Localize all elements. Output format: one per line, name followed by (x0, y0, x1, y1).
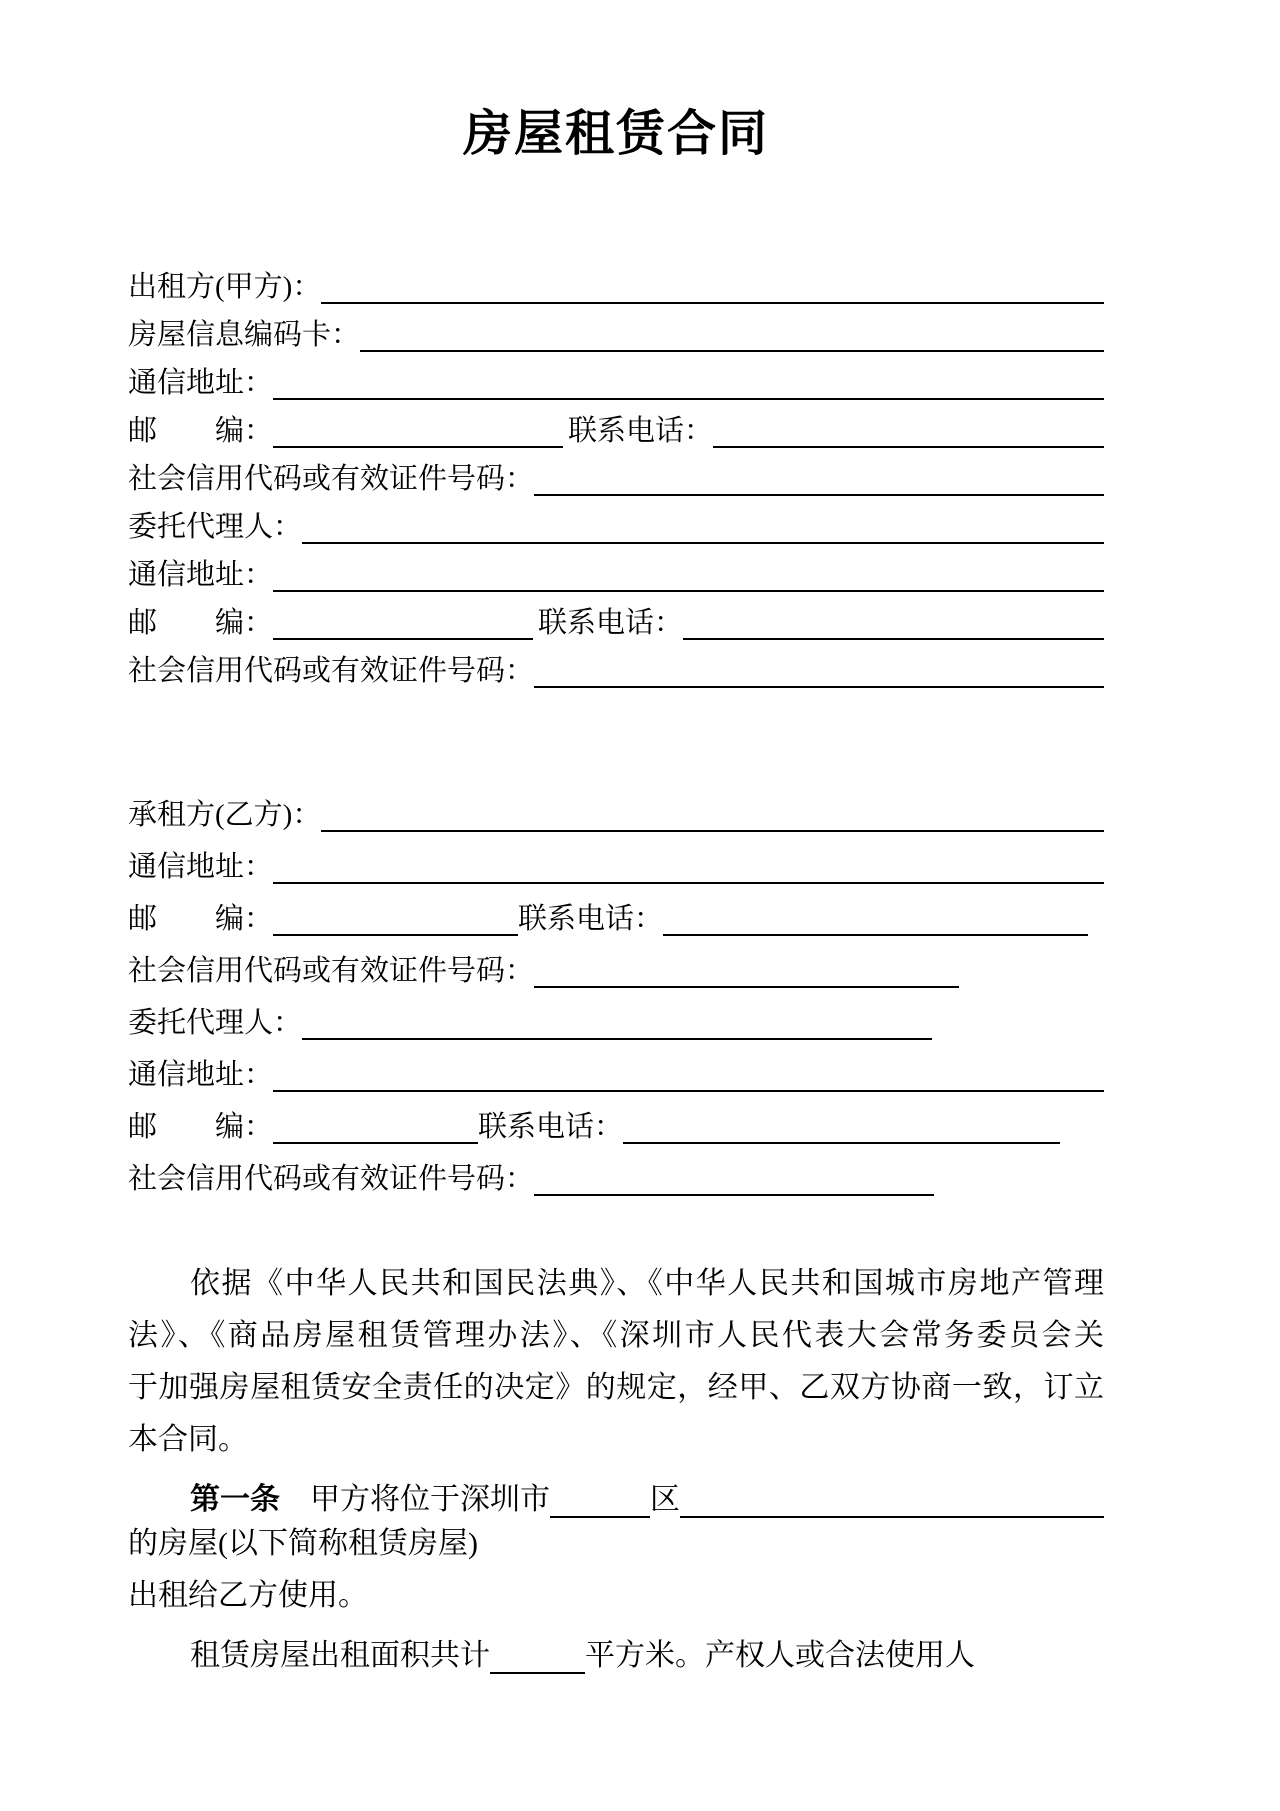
blank-line (534, 1158, 934, 1196)
field-label: 联系电话： (568, 415, 713, 448)
article-1-continued: 的房屋(以下简称租赁房屋) (128, 1518, 1104, 1570)
field-label: 邮 编： (128, 415, 273, 448)
preamble-line: 本合同。 (128, 1414, 1104, 1466)
contract-title: 房屋租赁合同 (128, 104, 1104, 164)
area-text: 平方米。产权人或合法使用人 (585, 1638, 975, 1674)
form-row-postcode-phone: 邮 编： 联系电话： (128, 592, 1104, 640)
form-row-lessee: 承租方(乙方)： (128, 780, 1104, 832)
blank-line (273, 846, 1104, 884)
field-label: 通信地址： (128, 559, 273, 592)
preamble-line: 于加强房屋租赁安全责任的决定》的规定，经甲、乙双方协商一致，订立 (128, 1362, 1104, 1414)
form-row-postcode-phone: 邮 编： 联系电话： (128, 884, 1104, 936)
contract-content: 房屋租赁合同 出租方(甲方)： 房屋信息编码卡： 通信地址： 邮 编： 联系电话… (128, 0, 1104, 1674)
blank-line (273, 410, 563, 448)
area-blank (490, 1634, 585, 1674)
area-text: 租赁房屋出租面积共计 (190, 1638, 490, 1674)
form-row-lessor: 出租方(甲方)： (128, 256, 1104, 304)
form-row-credit-code: 社会信用代码或有效证件号码： (128, 1144, 1104, 1196)
blank-line (534, 458, 1104, 496)
field-label: 房屋信息编码卡： (128, 319, 360, 352)
article-1-line: 第一条 甲方将位于深圳市 区 (128, 1466, 1104, 1518)
blank-line (534, 650, 1104, 688)
field-label: 社会信用代码或有效证件号码： (128, 655, 534, 688)
form-row-address: 通信地址： (128, 352, 1104, 400)
field-label: 社会信用代码或有效证件号码： (128, 1163, 534, 1196)
blank-line (273, 554, 1104, 592)
article-1-continued: 出租给乙方使用。 (128, 1570, 1104, 1622)
field-label: 邮 编： (128, 607, 273, 640)
blank-line (273, 898, 518, 936)
article-text: 甲方将位于深圳市 (280, 1482, 550, 1518)
field-label: 邮 编： (128, 1111, 273, 1144)
blank-line (273, 1054, 1104, 1092)
form-row-postcode-phone: 邮 编： 联系电话： (128, 400, 1104, 448)
form-row-house-code: 房屋信息编码卡： (128, 304, 1104, 352)
article-number: 第一条 (190, 1482, 280, 1518)
field-label: 委托代理人： (128, 511, 302, 544)
field-label: 邮 编： (128, 903, 273, 936)
blank-line (302, 506, 1104, 544)
blank-line (321, 794, 1104, 832)
field-label: 社会信用代码或有效证件号码： (128, 463, 534, 496)
blank-line (273, 1106, 478, 1144)
blank-line (302, 1002, 932, 1040)
preamble-line: 依据《中华人民共和国民法典》、《中华人民共和国城市房地产管理 (128, 1258, 1104, 1310)
blank-line (534, 950, 959, 988)
party-b-section: 承租方(乙方)： 通信地址： 邮 编： 联系电话： 社会信用代码或有效证件号码：… (128, 780, 1104, 1196)
party-a-section: 出租方(甲方)： 房屋信息编码卡： 通信地址： 邮 编： 联系电话： 社会信用代… (128, 256, 1104, 688)
form-row-postcode-phone: 邮 编： 联系电话： (128, 1092, 1104, 1144)
field-label: 通信地址： (128, 851, 273, 884)
blank-line (663, 898, 1088, 936)
field-label: 通信地址： (128, 367, 273, 400)
form-row-address: 通信地址： (128, 544, 1104, 592)
district-suffix: 区 (650, 1482, 680, 1518)
field-label: 联系电话： (538, 607, 683, 640)
form-row-credit-code: 社会信用代码或有效证件号码： (128, 936, 1104, 988)
field-label: 出租方(甲方)： (128, 271, 321, 304)
form-row-address: 通信地址： (128, 1040, 1104, 1092)
location-blank (680, 1478, 1104, 1518)
field-label: 承租方(乙方)： (128, 799, 321, 832)
blank-line (273, 602, 533, 640)
contract-page: 房屋租赁合同 出租方(甲方)： 房屋信息编码卡： 通信地址： 邮 编： 联系电话… (0, 0, 1280, 1811)
form-row-credit-code: 社会信用代码或有效证件号码： (128, 640, 1104, 688)
form-row-agent: 委托代理人： (128, 988, 1104, 1040)
form-row-address: 通信地址： (128, 832, 1104, 884)
blank-line (683, 602, 1104, 640)
field-label: 联系电话： (478, 1111, 623, 1144)
district-blank (550, 1478, 650, 1518)
blank-line (273, 362, 1104, 400)
form-row-agent: 委托代理人： (128, 496, 1104, 544)
preamble-paragraph: 依据《中华人民共和国民法典》、《中华人民共和国城市房地产管理 法》、《商品房屋租… (128, 1258, 1104, 1674)
blank-line (321, 266, 1104, 304)
blank-line (623, 1106, 1060, 1144)
form-row-credit-code: 社会信用代码或有效证件号码： (128, 448, 1104, 496)
area-line: 租赁房屋出租面积共计 平方米。产权人或合法使用人 (128, 1622, 1104, 1674)
blank-line (360, 314, 1104, 352)
field-label: 委托代理人： (128, 1007, 302, 1040)
preamble-line: 法》、《商品房屋租赁管理办法》、《深圳市人民代表大会常务委员会关 (128, 1310, 1104, 1362)
blank-line (713, 410, 1104, 448)
field-label: 社会信用代码或有效证件号码： (128, 955, 534, 988)
field-label: 通信地址： (128, 1059, 273, 1092)
field-label: 联系电话： (518, 903, 663, 936)
